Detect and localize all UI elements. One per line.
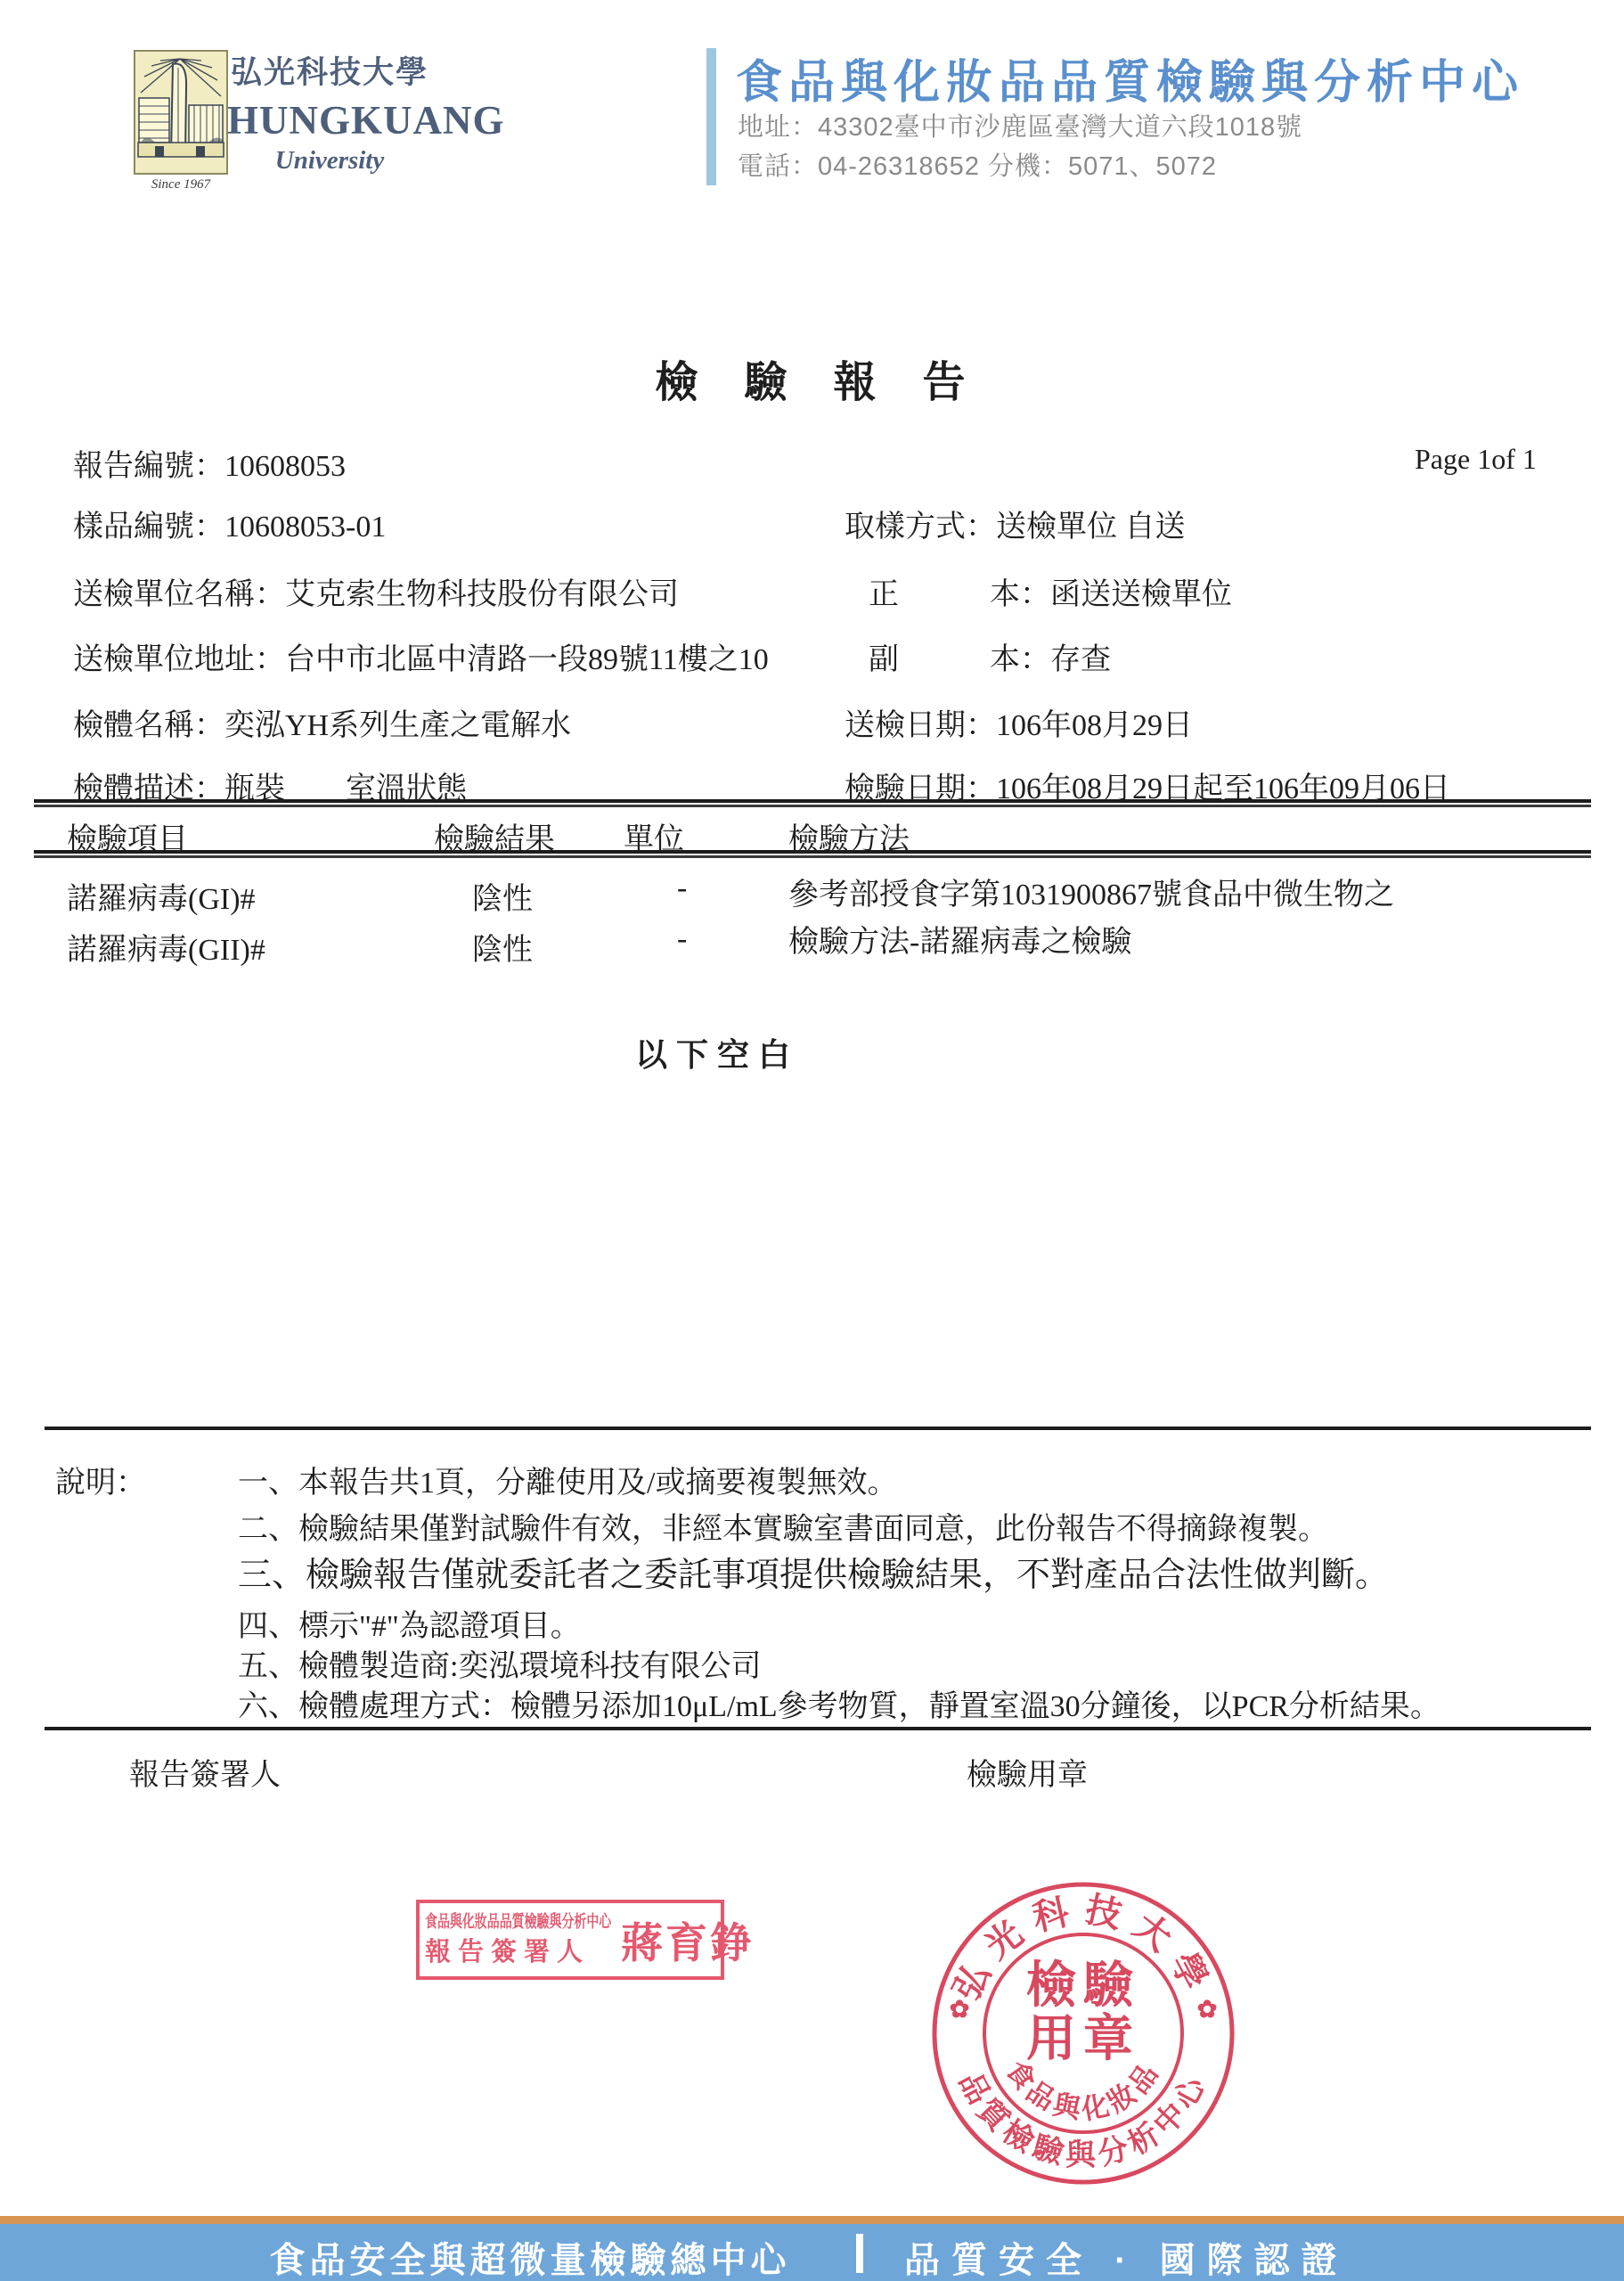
- signer-label: 報告簽署人: [129, 1750, 281, 1794]
- center-address: 地址：43302臺中市沙鹿區臺灣大道六段1018號: [738, 107, 1302, 143]
- seal-center-line1: 檢驗: [1026, 1958, 1140, 2014]
- client-address: 送檢單位地址：台中市北區中清路一段89號11樓之10: [73, 634, 769, 678]
- center-phone: 電話：04-26318652 分機：5071、5072: [738, 146, 1217, 183]
- row-item: 諾羅病毒(GII)#: [67, 925, 265, 969]
- signer-stamp: 食品與化妝品品質檢驗與分析中心 報告簽署人 蔣育錚: [416, 1900, 724, 1980]
- receive-date: 送檢日期：106年08月29日: [845, 700, 1193, 744]
- table-top-rule: [34, 799, 1591, 807]
- university-logo: [134, 50, 228, 175]
- inspection-seal: 弘光科技大學 品質檢驗與分析中心 食品與化妝品 檢驗 用章 ✿ ✿: [926, 1876, 1240, 2195]
- footer-slogan: 品質安全 · 國際認證: [904, 2232, 1349, 2281]
- duplicate-copy-note: 副 本：存查: [869, 634, 1111, 678]
- notes-bottom-rule: [45, 1727, 1591, 1730]
- report-page: Since 1967 弘光科技大學 HUNGKUANG University 食…: [0, 0, 1624, 2281]
- note-item-3: 三、檢驗報告僅就委託者之委託事項提供檢驗結果，不對產品合法性做判斷。: [238, 1547, 1389, 1596]
- end-of-results-note: 以下空白: [0, 1030, 1434, 1075]
- seal-label: 檢驗用章: [967, 1750, 1088, 1794]
- note-item-2: 二、檢驗結果僅對試驗件有效，非經本實驗室書面同意，此份報告不得摘錄複製。: [238, 1504, 1328, 1548]
- report-number: 報告編號：10608053: [73, 441, 346, 485]
- signer-stamp-center-name: 食品與化妝品品質檢驗與分析中心: [425, 1909, 602, 1932]
- university-name-english: HUNGKUANG: [227, 97, 432, 143]
- note-item-6: 六、檢體處理方式：檢體另添加10μL/mL參考物質，靜置室溫30分鐘後，以PCR…: [238, 1681, 1440, 1725]
- table-header-rule: [34, 850, 1591, 858]
- signer-stamp-text: 食品與化妝品品質檢驗與分析中心 報告簽署人: [425, 1911, 616, 1968]
- logo-since-caption: Since 1967: [128, 177, 233, 192]
- center-name: 食品與化妝品品質檢驗與分析中心: [736, 45, 1524, 111]
- signer-stamp-name: 蔣育錚: [621, 1910, 755, 1970]
- seal-center-line2: 用章: [1026, 2012, 1140, 2067]
- notes-label: 說明：: [55, 1458, 146, 1501]
- note-item-1: 一、本報告共1頁，分離使用及/或摘要複製無效。: [238, 1458, 897, 1501]
- page-number: Page 1of 1: [1415, 443, 1537, 476]
- note-item-4: 四、標示"#"為認證項目。: [238, 1601, 581, 1645]
- notes-top-rule: [45, 1427, 1591, 1430]
- seal-bottom-arc-text: 品質檢驗與分析中心: [952, 2067, 1214, 2172]
- row-result: 陰性: [472, 925, 533, 969]
- sample-number: 樣品編號：10608053-01: [73, 502, 386, 545]
- note-item-5: 五、檢體製造商:奕泓環境科技有限公司: [238, 1641, 761, 1685]
- university-building-icon: [134, 50, 228, 175]
- row-item: 諾羅病毒(GI)#: [67, 874, 256, 918]
- row-result: 陰性: [472, 874, 533, 918]
- signer-stamp-role: 報告簽署人: [425, 1932, 616, 1968]
- footer-divider: [856, 2234, 863, 2273]
- svg-text:品質檢驗與分析中心: 品質檢驗與分析中心: [952, 2067, 1214, 2172]
- university-name-chinese: 弘光科技大學: [227, 48, 432, 93]
- university-name-block: 弘光科技大學 HUNGKUANG University: [227, 48, 432, 176]
- sampling-method: 取樣方式：送檢單位 自送: [845, 502, 1186, 545]
- university-subtitle: University: [227, 146, 432, 176]
- row-method: 參考部授食字第1031900867號食品中微生物之: [788, 870, 1394, 913]
- seal-flower-right-icon: ✿: [1197, 1996, 1218, 2023]
- original-copy-note: 正 本：函送送檢單位: [869, 569, 1232, 613]
- specimen-name: 檢體名稱：奕泓YH系列生產之電解水: [73, 700, 571, 744]
- footer-center-title: 食品安全與超微量檢驗總中心: [241, 2232, 820, 2281]
- seal-flower-left-icon: ✿: [950, 1996, 970, 2023]
- row-unit: -: [677, 871, 687, 905]
- header-divider-bar: [706, 48, 716, 185]
- report-title: 檢驗報告: [0, 347, 1624, 409]
- row-method: 檢驗方法-諾羅病毒之檢驗: [788, 917, 1131, 961]
- footer-accent-rule: [0, 2216, 1624, 2224]
- row-unit: -: [677, 922, 687, 956]
- client-name: 送檢單位名稱：艾克索生物科技股份有限公司: [73, 569, 679, 613]
